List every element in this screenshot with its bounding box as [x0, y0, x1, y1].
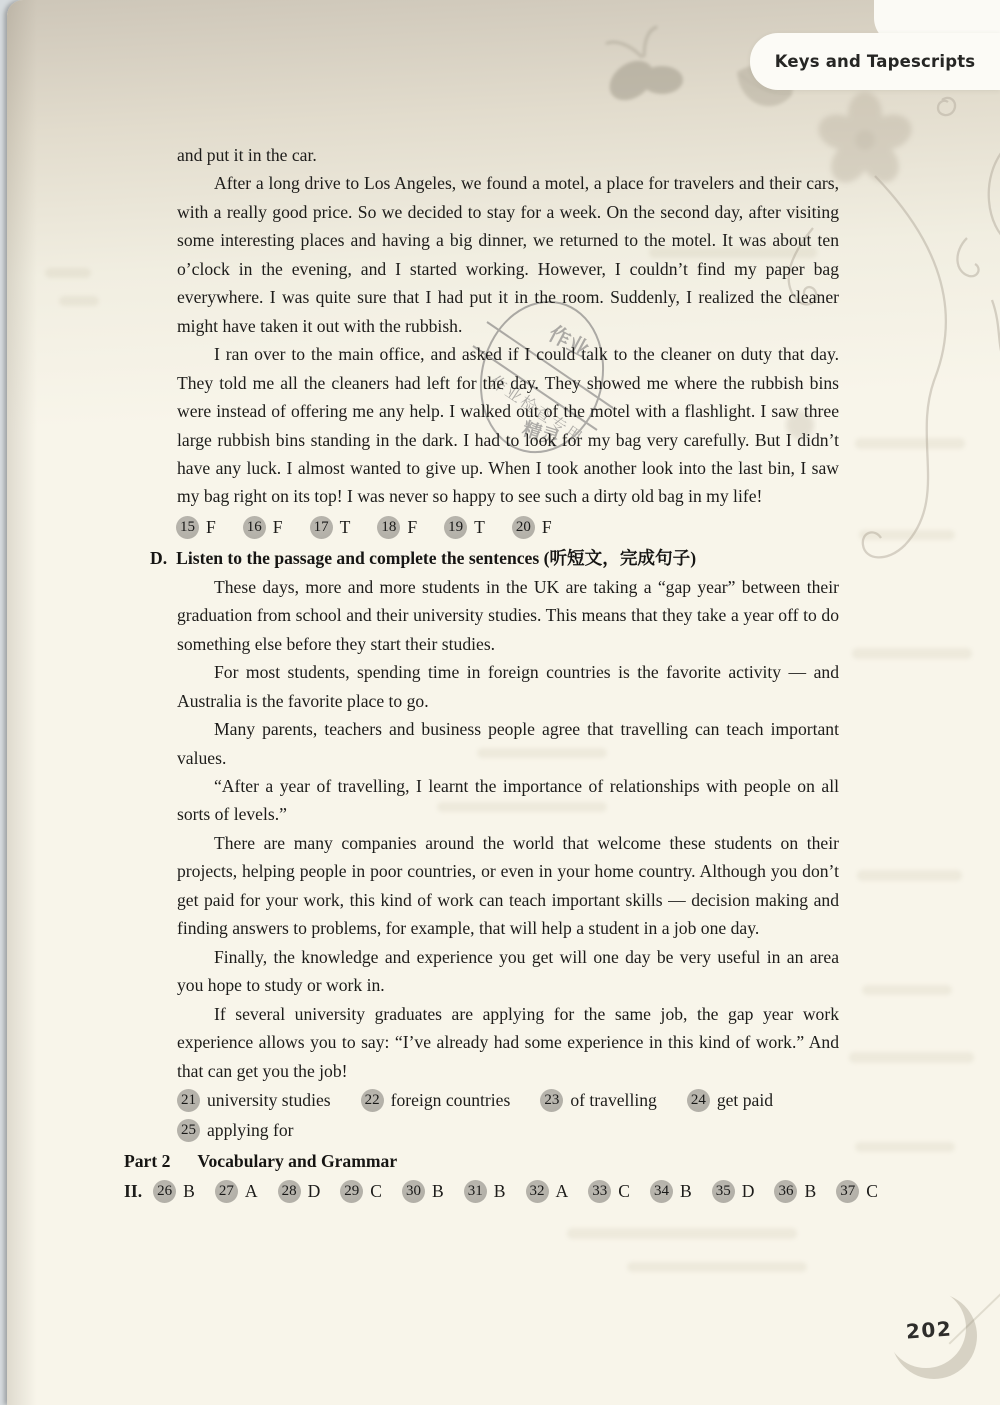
answer-number-badge: 28 — [278, 1180, 301, 1203]
answer-value: C — [866, 1177, 878, 1205]
answer-item: 18 F — [377, 513, 417, 541]
answer-number-badge: 17 — [310, 516, 333, 539]
bleed-through-smudge — [857, 870, 962, 881]
answer-number-badge: 25 — [177, 1119, 200, 1142]
section-d-paragraph: These days, more and more students in th… — [177, 573, 839, 658]
answer-item: 16 F — [243, 513, 283, 541]
true-false-answers-row: 15 F 16 F 17 T 18 F — [176, 513, 839, 541]
section-d-paragraph: There are many companies around the worl… — [177, 829, 839, 943]
bleed-through-smudge — [627, 1262, 807, 1272]
answer-item: 19 T — [444, 513, 485, 541]
bleed-through-smudge — [45, 268, 91, 278]
bleed-through-smudge — [855, 1142, 955, 1152]
page-header-title: Keys and Tapescripts — [775, 52, 976, 71]
answer-value: T — [474, 513, 485, 541]
answer-value: B — [680, 1177, 692, 1205]
answer-item: 37 C — [836, 1177, 878, 1205]
answer-item: 35 D — [712, 1177, 755, 1205]
answer-number-badge: 27 — [215, 1180, 238, 1203]
answer-value: applying for — [207, 1116, 293, 1144]
header-tab: Keys and Tapescripts — [750, 33, 1000, 90]
answer-value: C — [618, 1177, 630, 1205]
answer-value: F — [542, 513, 552, 541]
bleed-through-smudge — [852, 648, 972, 659]
answer-item: 15 F — [176, 513, 216, 541]
answer-number-badge: 35 — [712, 1180, 735, 1203]
part2-title: Vocabulary and Grammar — [197, 1151, 397, 1171]
section-d-title: Listen to the passage and complete the s… — [176, 548, 696, 568]
section-d-paragraph: If several university graduates are appl… — [177, 1000, 839, 1085]
fill-in-answers-row-1: 21 university studies 22 foreign countri… — [177, 1086, 839, 1114]
page-left-edge-shading — [7, 0, 37, 1405]
answer-item: 30 B — [402, 1177, 444, 1205]
answer-item: 26 B — [153, 1177, 195, 1205]
section-d-heading: D.Listen to the passage and complete the… — [150, 544, 839, 572]
tapescript-continuation-line: and put it in the car. — [177, 141, 839, 169]
page-number: 202 — [905, 1316, 953, 1343]
answer-item: 34 B — [650, 1177, 692, 1205]
bleed-through-smudge — [59, 296, 99, 306]
stamp-top-text: 作业 — [545, 321, 593, 362]
answer-number-badge: 23 — [540, 1089, 563, 1112]
answer-item: 27 A — [215, 1177, 258, 1205]
section-d-label: D. — [150, 548, 167, 568]
answer-number-badge: 26 — [153, 1180, 176, 1203]
answer-value: D — [742, 1177, 755, 1205]
answer-value: A — [245, 1177, 258, 1205]
answer-number-badge: 16 — [243, 516, 266, 539]
answer-value: B — [804, 1177, 816, 1205]
bleed-through-smudge — [849, 1052, 974, 1063]
answer-value: university studies — [207, 1086, 331, 1114]
answer-value: F — [273, 513, 283, 541]
multiple-choice-answers-row: II. 26 B 27 A 28 D — [124, 1177, 839, 1205]
answer-item: 36 B — [774, 1177, 816, 1205]
answer-number-badge: 19 — [444, 516, 467, 539]
answer-item: 32 A — [526, 1177, 569, 1205]
answer-number-badge: 20 — [512, 516, 535, 539]
fill-in-answers-row-2: 25 applying for — [177, 1116, 839, 1144]
answer-item: 31 B — [464, 1177, 506, 1205]
answer-item: 23 of travelling — [540, 1086, 656, 1114]
part2-label: Part 2 — [124, 1151, 170, 1171]
roman-numeral-label: II. — [124, 1177, 142, 1205]
answer-value: A — [556, 1177, 569, 1205]
answer-number-badge: 24 — [687, 1089, 710, 1112]
answer-number-badge: 32 — [526, 1180, 549, 1203]
answer-number-badge: 33 — [588, 1180, 611, 1203]
bleed-through-smudge — [855, 438, 965, 449]
scanned-book-page: Keys and Tapescripts and put it in the c… — [7, 0, 1000, 1405]
answer-value: of travelling — [570, 1086, 656, 1114]
section-d-paragraph: Many parents, teachers and business peop… — [177, 715, 839, 772]
answer-number-badge: 30 — [402, 1180, 425, 1203]
bleed-through-smudge — [567, 1228, 797, 1239]
answer-value: B — [183, 1177, 195, 1205]
answer-number-badge: 34 — [650, 1180, 673, 1203]
answer-number-badge: 21 — [177, 1089, 200, 1112]
answer-value: foreign countries — [391, 1086, 511, 1114]
homework-check-stamp: 作业 作业检查专用 精灵 — [447, 292, 632, 462]
bleed-through-smudge — [859, 530, 955, 540]
answer-value: B — [494, 1177, 506, 1205]
answer-number-badge: 36 — [774, 1180, 797, 1203]
section-d-paragraph: “After a year of travelling, I learnt th… — [177, 772, 839, 829]
answer-item: 20 F — [512, 513, 552, 541]
answer-number-badge: 18 — [377, 516, 400, 539]
section-d-paragraph: For most students, spending time in fore… — [177, 658, 839, 715]
answer-item: 33 C — [588, 1177, 630, 1205]
bleed-through-smudge — [862, 985, 952, 995]
answer-value: C — [370, 1177, 382, 1205]
answer-item: 28 D — [278, 1177, 321, 1205]
answer-value: F — [206, 513, 216, 541]
answer-number-badge: 31 — [464, 1180, 487, 1203]
section-d-paragraph: Finally, the knowledge and experience yo… — [177, 943, 839, 1000]
answer-value: B — [432, 1177, 444, 1205]
answer-item: 22 foreign countries — [361, 1086, 511, 1114]
multiple-choice-answers: 26 B 27 A 28 D 29 C — [153, 1177, 878, 1205]
answer-value: F — [407, 513, 417, 541]
answer-value: T — [340, 513, 351, 541]
answer-number-badge: 15 — [176, 516, 199, 539]
answer-number-badge: 29 — [340, 1180, 363, 1203]
answer-value: D — [308, 1177, 321, 1205]
section-d-paragraphs: These days, more and more students in th… — [177, 573, 839, 1085]
answer-value: get paid — [717, 1086, 773, 1114]
answer-number-badge: 37 — [836, 1180, 859, 1203]
answer-item: 25 applying for — [177, 1116, 293, 1144]
answer-item: 29 C — [340, 1177, 382, 1205]
answer-item: 17 T — [310, 513, 351, 541]
answer-item: 24 get paid — [687, 1086, 773, 1114]
answer-item: 21 university studies — [177, 1086, 331, 1114]
part2-heading: Part 2Vocabulary and Grammar — [124, 1147, 839, 1175]
answer-number-badge: 22 — [361, 1089, 384, 1112]
